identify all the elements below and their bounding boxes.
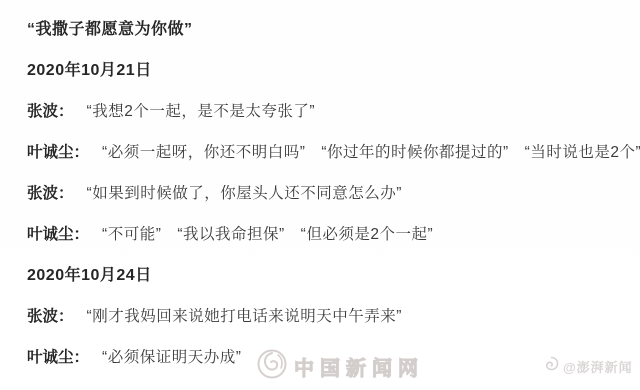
speaker-name: 叶诚尘 <box>27 226 74 243</box>
speaker-name: 张波 <box>27 308 58 325</box>
message-line: 叶诚尘：“不可能” “我以我命担保” “但必须是2个一起” <box>27 227 632 243</box>
speaker-colon: ： <box>74 144 90 161</box>
message-line: 叶诚尘：“必须一起呀，你还不明白吗” “你过年的时候你都提过的” “当时说也是2… <box>27 145 632 161</box>
transcript-content: “我撒子都愿意为你做” 2020年10月21日 张波：“我想2个一起，是不是太夸… <box>0 0 640 366</box>
message-quotes: “我想2个一起，是不是太夸张了” <box>87 103 315 120</box>
page-title: “我撒子都愿意为你做” <box>27 22 632 38</box>
speaker-name: 叶诚尘 <box>27 144 74 161</box>
speaker-colon: ： <box>58 103 74 120</box>
speaker-name: 张波 <box>27 103 58 120</box>
date-heading-2: 2020年10月24日 <box>27 268 632 284</box>
speaker-colon: ： <box>58 308 74 325</box>
message-line: 张波：“我想2个一起，是不是太夸张了” <box>27 104 632 120</box>
thepaper-swirl-logo-icon <box>544 356 559 376</box>
watermark-thepaper-text: @澎湃新闻 <box>563 357 633 376</box>
message-line: 张波：“刚才我妈回来说她打电话来说明天中午弄来” <box>27 309 632 325</box>
message-quotes: “必须保证明天办成” <box>102 349 241 366</box>
speaker-colon: ： <box>74 226 90 243</box>
transcript-image: “我撒子都愿意为你做” 2020年10月21日 张波：“我想2个一起，是不是太夸… <box>0 0 640 390</box>
watermark-china-news-text: 中国新闻网 <box>294 352 424 381</box>
speaker-name: 张波 <box>27 185 58 202</box>
speaker-name: 叶诚尘 <box>27 349 74 366</box>
message-quotes: “不可能” “我以我命担保” “但必须是2个一起” <box>102 226 433 243</box>
speaker-colon: ： <box>58 185 74 202</box>
speaker-colon: ： <box>74 349 90 366</box>
message-quotes: “必须一起呀，你还不明白吗” “你过年的时候你都提过的” “当时说也是2个” <box>102 144 640 161</box>
date-heading-1: 2020年10月21日 <box>27 63 632 79</box>
message-quotes: “刚才我妈回来说她打电话来说明天中午弄来” <box>87 308 402 325</box>
watermark-china-news: 中国新闻网 <box>256 348 424 385</box>
message-quotes: “如果到时候做了，你屋头人还不同意怎么办” <box>87 185 402 202</box>
china-news-service-emblem-icon <box>256 348 288 385</box>
watermark-thepaper: @澎湃新闻 <box>544 356 633 376</box>
message-line: 张波：“如果到时候做了，你屋头人还不同意怎么办” <box>27 186 632 202</box>
